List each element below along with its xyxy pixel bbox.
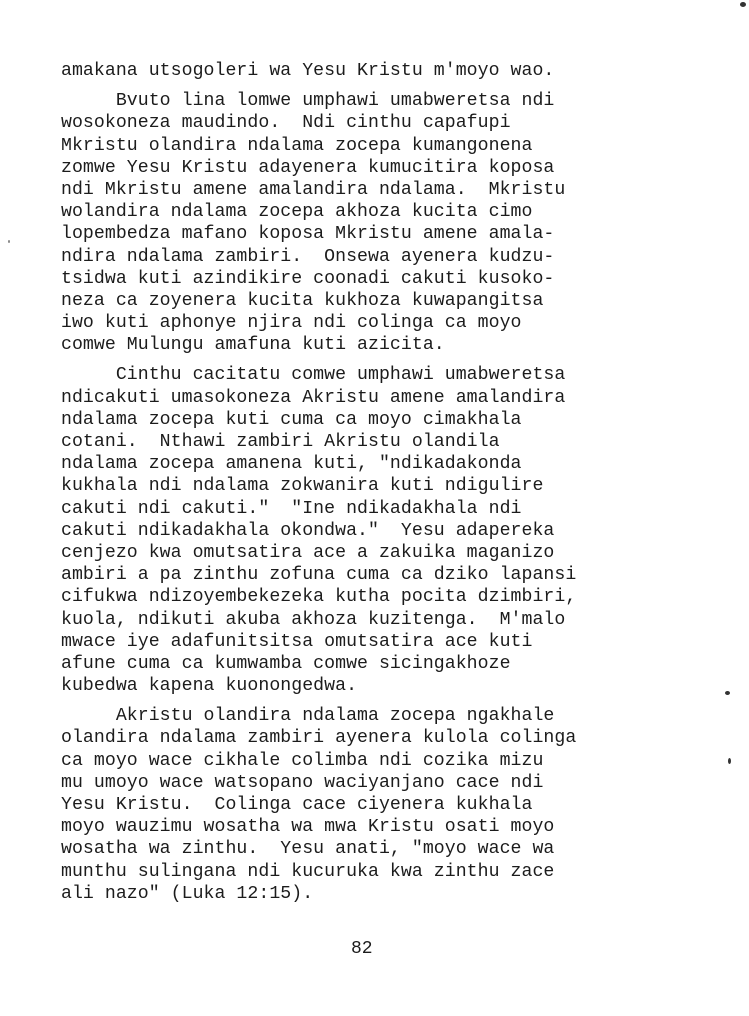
scan-speck: [8, 240, 10, 243]
paragraph: amakana utsogoleri wa Yesu Kristu m'moyo…: [61, 60, 681, 82]
text-line: zomwe Yesu Kristu adayenera kumucitira k…: [61, 157, 681, 179]
text-line: lopembedza mafano koposa Mkristu amene a…: [61, 223, 681, 245]
text-line: ndalama zocepa amanena kuti, "ndikadakon…: [61, 453, 681, 475]
text-line: tsidwa kuti azindikire coonadi cakuti ku…: [61, 268, 681, 290]
text-line: moyo wauzimu wosatha wa mwa Kristu osati…: [61, 816, 681, 838]
text-line: kubedwa kapena kuonongedwa.: [61, 675, 681, 697]
text-line: wosokoneza maudindo. Ndi cinthu capafupi: [61, 112, 681, 134]
text-line: wosatha wa zinthu. Yesu anati, "moyo wac…: [61, 838, 681, 860]
text-line: Bvuto lina lomwe umphawi umabweretsa ndi: [61, 90, 681, 112]
text-line: Akristu olandira ndalama zocepa ngakhale: [61, 705, 681, 727]
text-line: munthu sulingana ndi kucuruka kwa zinthu…: [61, 861, 681, 883]
text-line: mu umoyo wace watsopano waciyanjano cace…: [61, 772, 681, 794]
text-line: ca moyo wace cikhale colimba ndi cozika …: [61, 750, 681, 772]
text-line: Mkristu olandira ndalama zocepa kumangon…: [61, 135, 681, 157]
text-line: kukhala ndi ndalama zokwanira kuti ndigu…: [61, 475, 681, 497]
text-line: iwo kuti aphonye njira ndi colinga ca mo…: [61, 312, 681, 334]
scanned-page: amakana utsogoleri wa Yesu Kristu m'moyo…: [0, 0, 749, 1016]
body-text: amakana utsogoleri wa Yesu Kristu m'moyo…: [61, 60, 681, 905]
text-line: afune cuma ca kumwamba comwe sicingakhoz…: [61, 653, 681, 675]
text-line: ndira ndalama zambiri. Onsewa ayenera ku…: [61, 246, 681, 268]
text-line: ndalama zocepa kuti cuma ca moyo cimakha…: [61, 409, 681, 431]
scan-speck: [740, 2, 746, 7]
text-line: kuola, ndikuti akuba akhoza kuzitenga. M…: [61, 609, 681, 631]
paragraph: Akristu olandira ndalama zocepa ngakhale…: [61, 705, 681, 905]
text-line: amakana utsogoleri wa Yesu Kristu m'moyo…: [61, 60, 681, 82]
text-line: ndicakuti umasokoneza Akristu amene amal…: [61, 387, 681, 409]
text-line: mwace iye adafunitsitsa omutsatira ace k…: [61, 631, 681, 653]
paragraph: Cinthu cacitatu comwe umphawi umabwerets…: [61, 364, 681, 697]
text-line: ambiri a pa zinthu zofuna cuma ca dziko …: [61, 564, 681, 586]
text-line: cakuti ndi cakuti." "Ine ndikadakhala nd…: [61, 498, 681, 520]
text-line: cotani. Nthawi zambiri Akristu olandila: [61, 431, 681, 453]
page-number: 82: [351, 939, 373, 959]
text-line: cakuti ndikadakhala okondwa." Yesu adape…: [61, 520, 681, 542]
scan-speck: [725, 691, 730, 695]
text-line: cifukwa ndizoyembekezeka kutha pocita dz…: [61, 586, 681, 608]
text-line: Cinthu cacitatu comwe umphawi umabwerets…: [61, 364, 681, 386]
text-line: Yesu Kristu. Colinga cace ciyenera kukha…: [61, 794, 681, 816]
text-line: neza ca zoyenera kucita kukhoza kuwapang…: [61, 290, 681, 312]
text-line: wolandira ndalama zocepa akhoza kucita c…: [61, 201, 681, 223]
text-line: olandira ndalama zambiri ayenera kulola …: [61, 727, 681, 749]
text-line: comwe Mulungu amafuna kuti azicita.: [61, 334, 681, 356]
text-line: cenjezo kwa omutsatira ace a zakuika mag…: [61, 542, 681, 564]
text-line: ndi Mkristu amene amalandira ndalama. Mk…: [61, 179, 681, 201]
paragraph: Bvuto lina lomwe umphawi umabweretsa ndi…: [61, 90, 681, 356]
text-line: ali nazo" (Luka 12:15).: [61, 883, 681, 905]
scan-speck: [728, 758, 731, 764]
